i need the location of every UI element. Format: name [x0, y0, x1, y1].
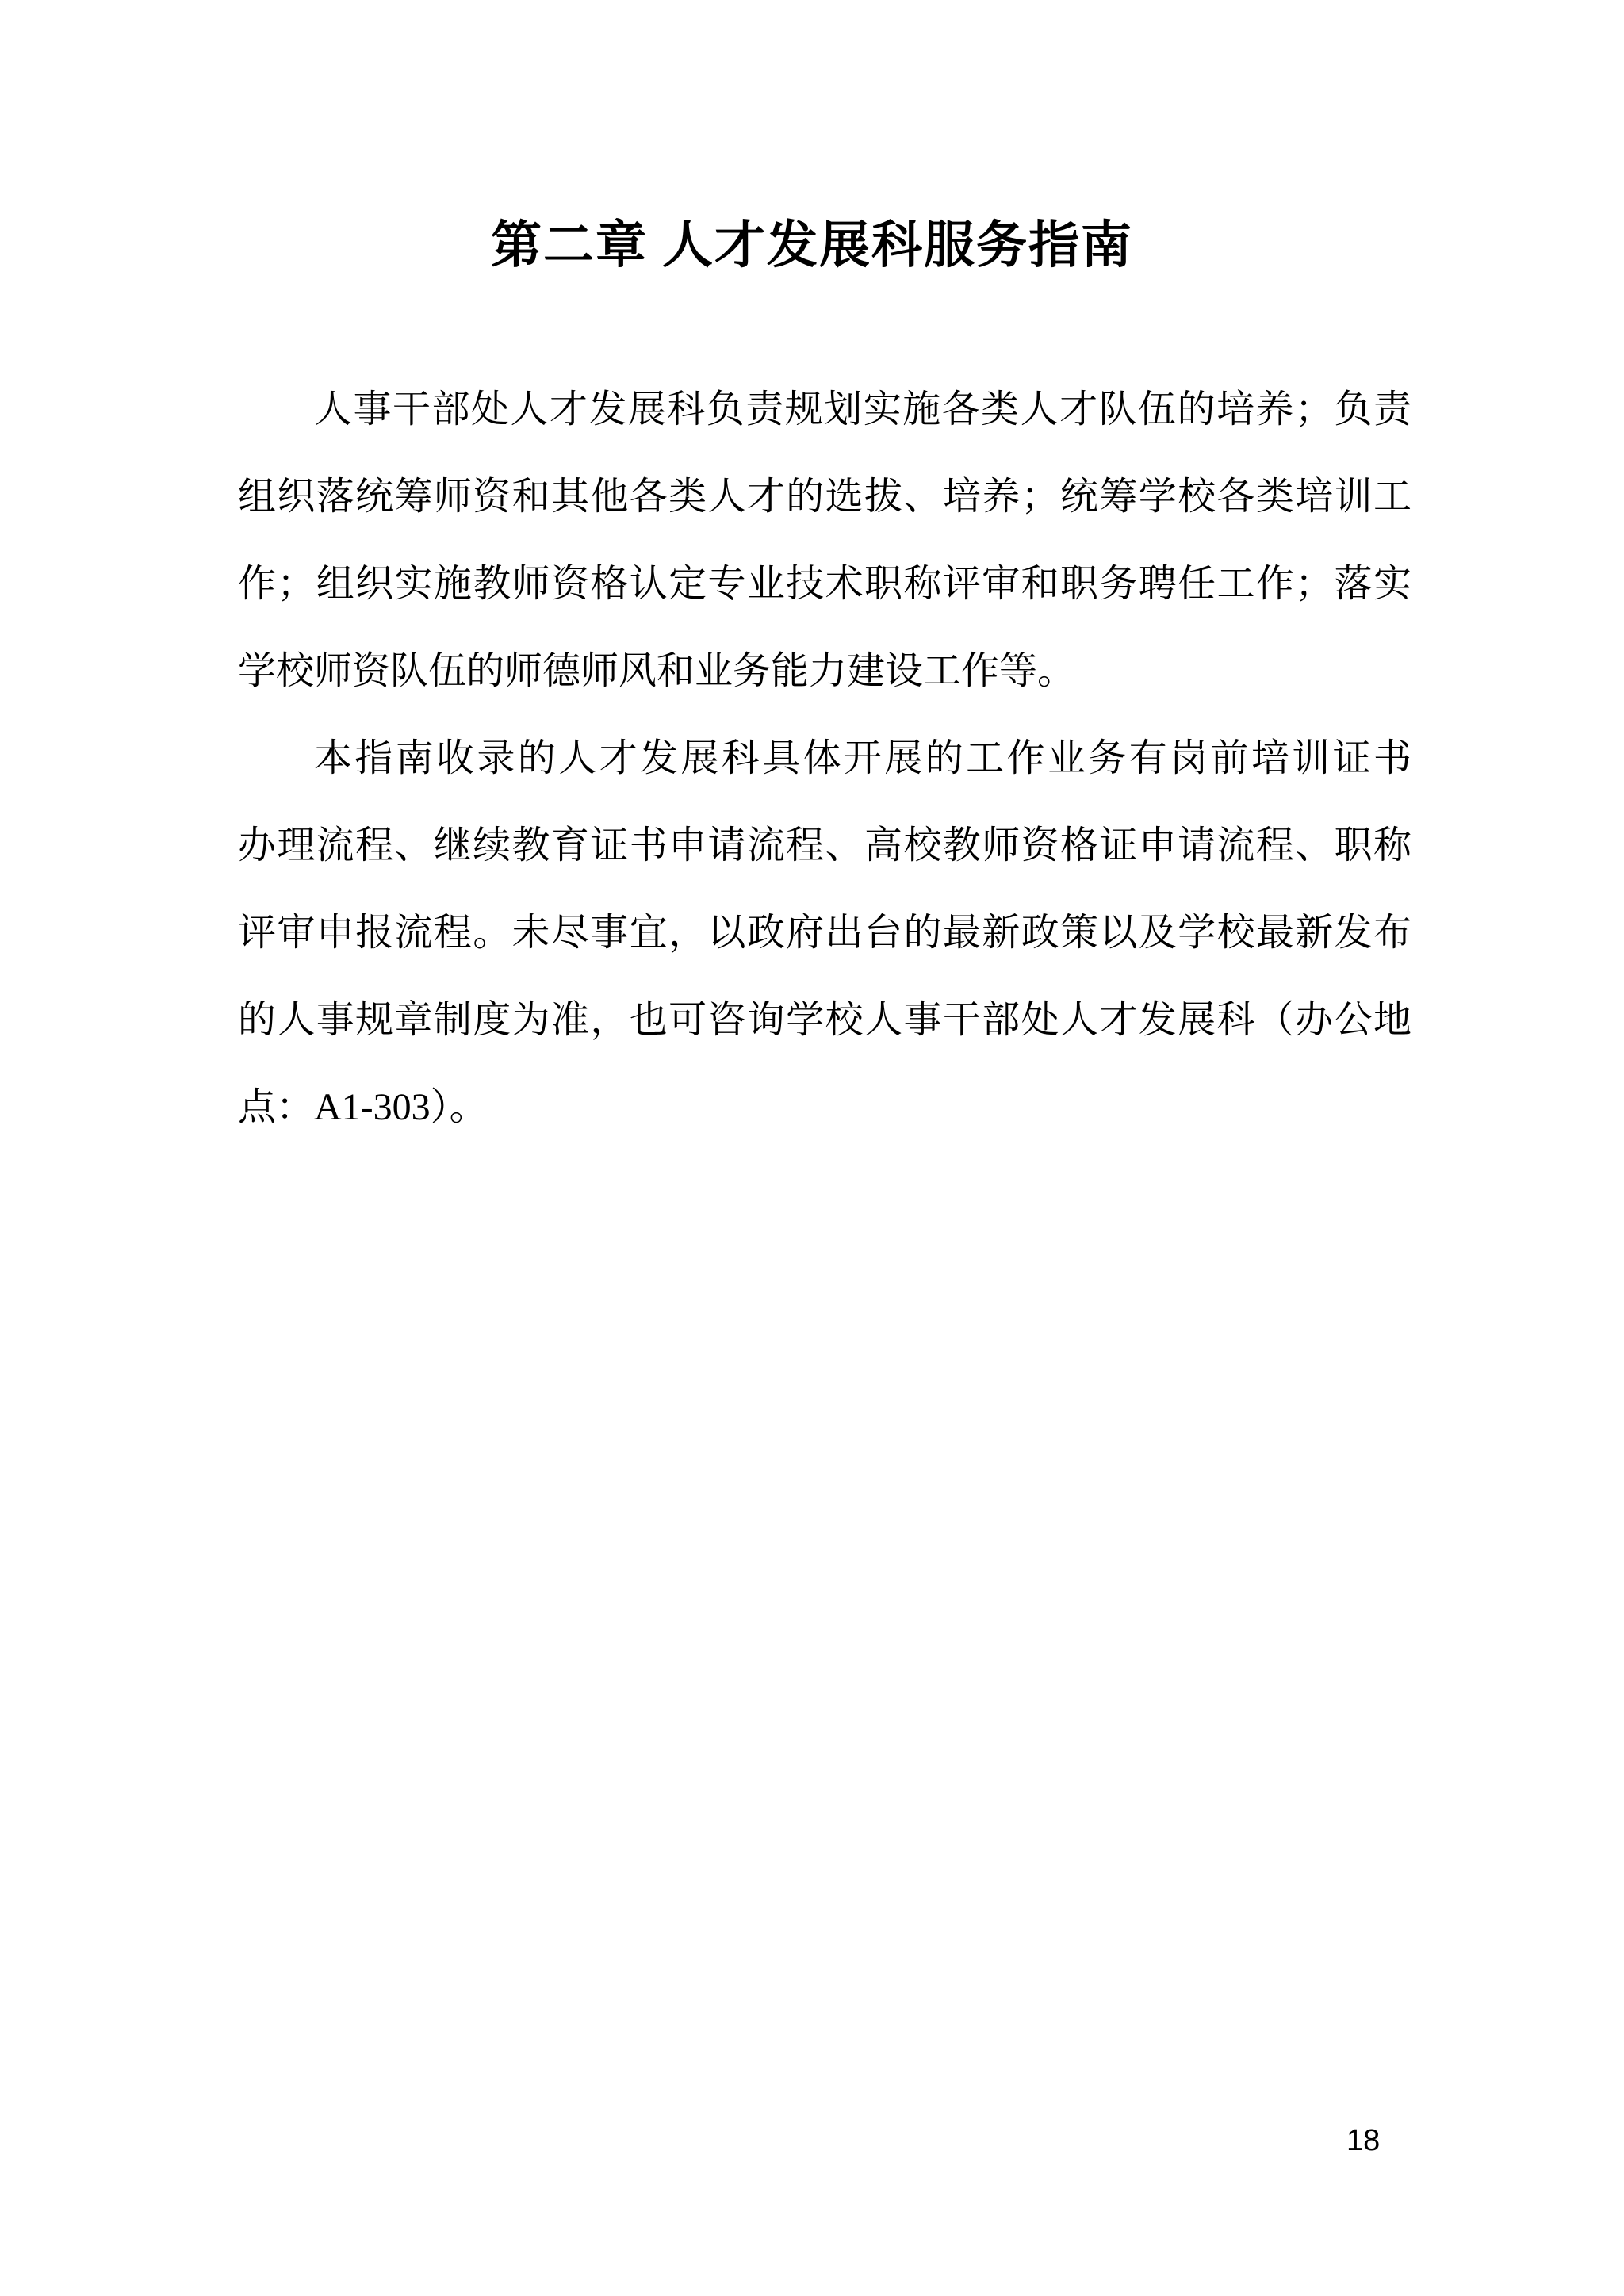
text-line: 作；组织实施教师资格认定专业技术职称评审和职务聘任工作；落实	[238, 541, 1411, 628]
text-line: 学校师资队伍的师德师风和业务能力建设工作等。	[238, 628, 1411, 715]
chapter-title: 第二章 人才发展科服务指南	[0, 205, 1624, 277]
text-line: 组织落统筹师资和其他各类人才的选拔、培养；统筹学校各类培训工	[238, 453, 1411, 541]
document-page: 第二章 人才发展科服务指南 人事干部处人才发展科负责规划实施各类人才队伍的培养；…	[0, 0, 1624, 2296]
text-line: 本指南收录的人才发展科具体开展的工作业务有岗前培训证书	[238, 715, 1411, 802]
text-line: 评审申报流程。未尽事宜，以政府出台的最新政策以及学校最新发布	[238, 890, 1411, 977]
document-body: 人事干部处人才发展科负责规划实施各类人才队伍的培养；负责 组织落统筹师资和其他各…	[238, 366, 1411, 1151]
text-line: 点：A1-303）。	[238, 1064, 1411, 1151]
text-line: 的人事规章制度为准，也可咨询学校人事干部处人才发展科（办公地	[238, 977, 1411, 1064]
paragraph-2: 本指南收录的人才发展科具体开展的工作业务有岗前培训证书 办理流程、继续教育证书申…	[238, 715, 1411, 1151]
text-line: 人事干部处人才发展科负责规划实施各类人才队伍的培养；负责	[238, 366, 1411, 453]
paragraph-1: 人事干部处人才发展科负责规划实施各类人才队伍的培养；负责 组织落统筹师资和其他各…	[238, 366, 1411, 715]
text-line: 办理流程、继续教育证书申请流程、高校教师资格证申请流程、职称	[238, 802, 1411, 890]
page-number: 18	[1346, 2123, 1380, 2158]
